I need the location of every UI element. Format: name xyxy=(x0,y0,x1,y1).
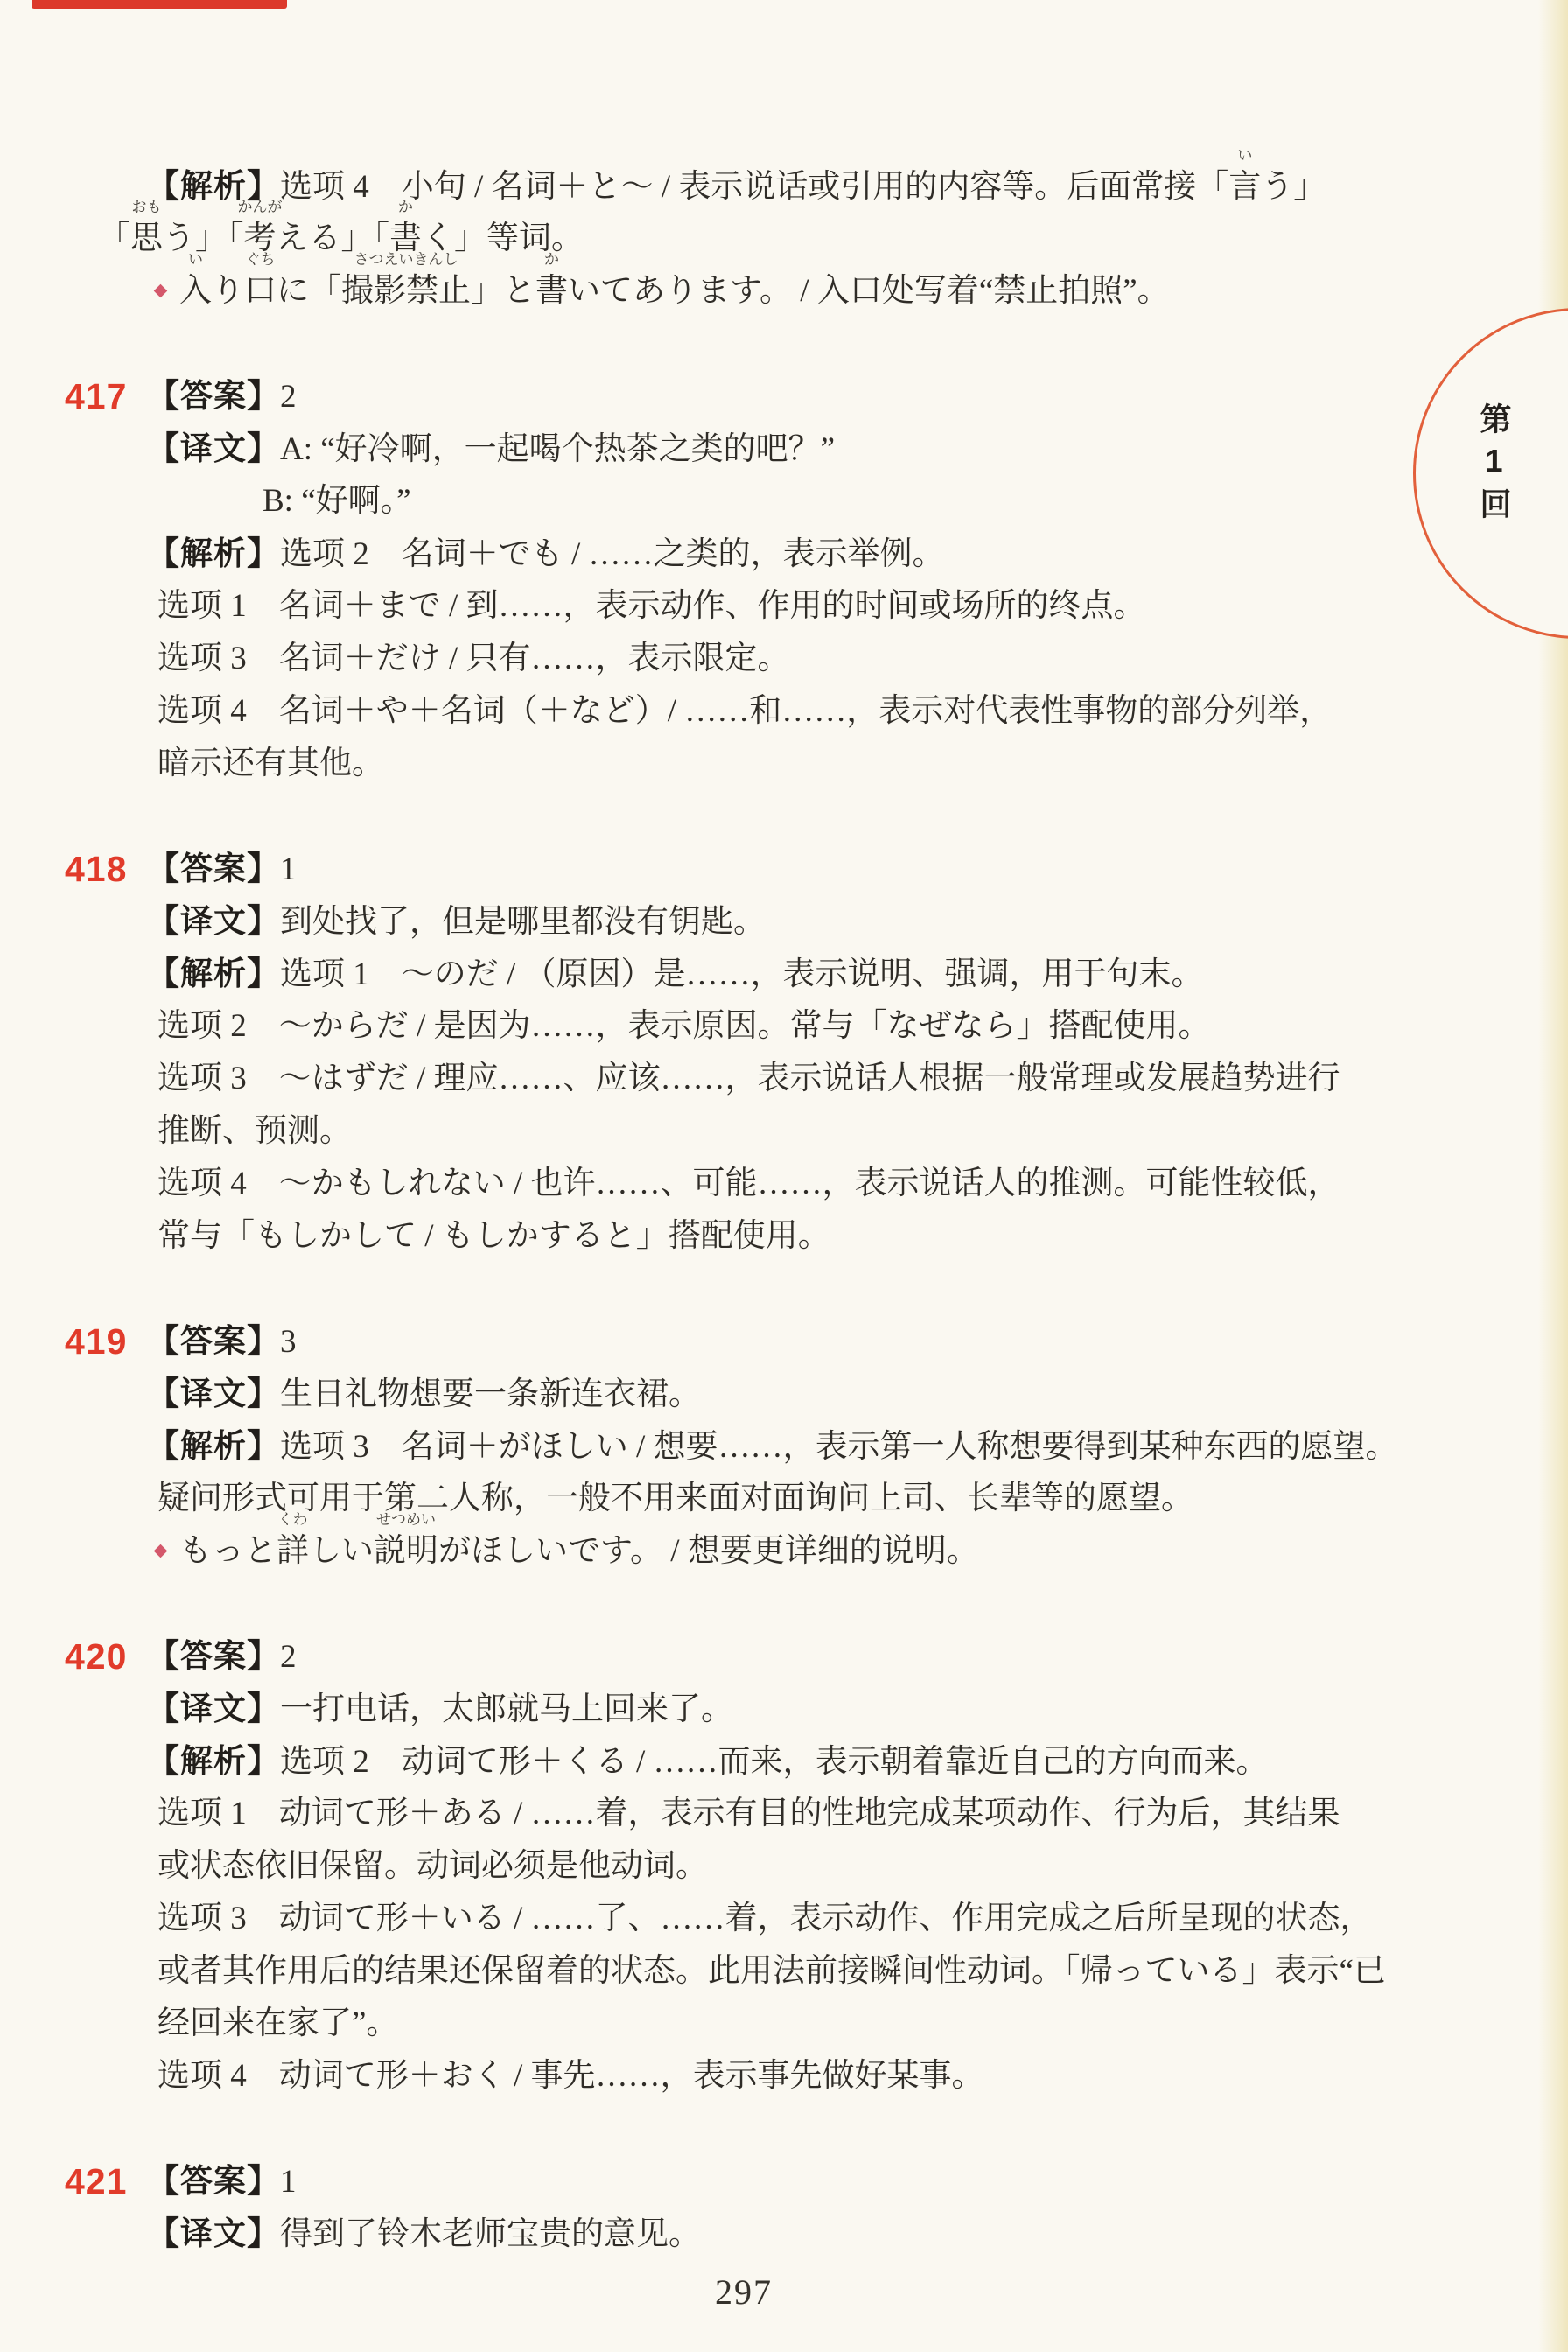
text-segment: B: “好啊。” xyxy=(262,483,411,519)
text-segment: もっと xyxy=(179,1533,276,1569)
answer-block-419: 419【答案】3【译文】生日礼物想要一条新连衣裙。【解析】选项 3 名词＋がほし… xyxy=(0,1315,1568,1578)
text-line: 选项 4 ～かもしれない / 也许……、可能……，表示说话人的推测。可能性较低， xyxy=(157,1158,1568,1210)
furigana-base: 詳くわ xyxy=(276,1525,309,1578)
text-line: 【答案】3 xyxy=(147,1315,1568,1368)
text-line: 选项 1 动词て形＋ある / ……着，表示有目的性地完成某项动作、行为后，其结果 xyxy=(157,1788,1568,1840)
text-segment: 选项 1 动词て形＋ある / ……着，表示有目的性地完成某项动作、行为后，其结果 xyxy=(157,1795,1340,1831)
text-line: 【解析】选项 2 名词＋でも / ……之类的，表示举例。 xyxy=(147,528,1568,580)
text-segment: に「 xyxy=(276,273,341,309)
text-line: 选项 1 名词＋まで / 到……，表示动作、作用的时间或场所的终点。 xyxy=(157,580,1568,633)
furigana-base: 言い xyxy=(1228,161,1261,213)
text-segment: 或状态依旧保留。动词必须是他动词。 xyxy=(157,1848,708,1884)
furigana-base: 書か xyxy=(535,265,568,318)
text-line: もっと詳くわしい説明せつめいがほしいです。 / 想要更详细的说明。 xyxy=(154,1525,1568,1578)
bullet-diamond-icon xyxy=(154,284,168,298)
text-segment: 选项 3 ～はずだ / 理应……、应该……，表示说话人根据一般常理或发展趋势进行 xyxy=(157,1060,1340,1096)
text-line: 【答案】1 xyxy=(147,843,1568,895)
answer-key-content: 【解析】选项 4 小句 / 名词＋と～ / 表示说话或引用的内容等。后面常接「言… xyxy=(0,0,1568,2313)
answer-block-417: 417【答案】2【译文】A: “好冷啊，一起喝个热茶之类的吧？”B: “好啊。”… xyxy=(0,370,1568,790)
text-segment: 选项 4 动词て形＋おく / 事先……，表示事先做好某事。 xyxy=(157,2058,984,2094)
text-line: 【解析】选项 4 小句 / 名词＋と～ / 表示说话或引用的内容等。后面常接「言… xyxy=(147,160,1568,213)
bracket-label: 【解析】 xyxy=(147,535,280,571)
furigana-ruby: か xyxy=(544,252,559,267)
text-line: 或者其作用后的结果还保留着的状态。此用法前接瞬间性动词。「帰っている」表示“已 xyxy=(157,1945,1568,1998)
furigana-ruby: か xyxy=(398,199,413,214)
text-segment: う」 xyxy=(1261,169,1326,205)
text-line: 选项 3 ～はずだ / 理应……、应该……，表示说话人根据一般常理或发展趋势进行 xyxy=(157,1053,1568,1105)
text-segment: 选项 3 名词＋だけ / 只有……，表示限定。 xyxy=(157,640,790,676)
text-line: 或状态依旧保留。动词必须是他动词。 xyxy=(157,1840,1568,1893)
text-line: 【译文】A: “好冷啊，一起喝个热茶之类的吧？” xyxy=(147,423,1568,475)
text-line: 【译文】到处找了，但是哪里都没有钥匙。 xyxy=(147,895,1568,948)
bracket-label: 【译文】 xyxy=(147,430,280,466)
furigana-base: 入い xyxy=(179,265,212,318)
bracket-label: 【译文】 xyxy=(147,1690,280,1726)
text-line: 疑问形式可用于第二人称，一般不用来面对面询问上司、长辈等的愿望。 xyxy=(157,1473,1568,1525)
text-segment: 常与「もしかして / もしかすると」搭配使用。 xyxy=(157,1218,830,1254)
bracket-label: 【答案】 xyxy=(147,378,280,414)
bracket-label: 【答案】 xyxy=(147,850,280,886)
text-segment: 2 xyxy=(280,1639,297,1675)
question-number: 420 xyxy=(65,1630,127,1683)
text-segment: 选项 2 ～からだ / 是因为……，表示原因。常与「なぜなら」搭配使用。 xyxy=(157,1008,1211,1044)
bracket-label: 【答案】 xyxy=(147,2163,280,2199)
question-number: 421 xyxy=(65,2155,127,2208)
text-segment: 疑问形式可用于第二人称，一般不用来面对面询问上司、长辈等的愿望。 xyxy=(157,1480,1193,1516)
furigana-ruby: い xyxy=(188,252,203,267)
bracket-label: 【答案】 xyxy=(147,1323,280,1359)
text-segment: いてあります。 / 入口处写着“禁止拍照”。 xyxy=(568,273,1170,309)
text-segment: しい xyxy=(309,1533,374,1569)
furigana-ruby: せつめい xyxy=(376,1512,436,1527)
answer-block-420: 420【答案】2【译文】一打电话，太郎就马上回来了。【解析】选项 2 动词て形＋… xyxy=(0,1630,1568,2103)
text-segment: 生日礼物想要一条新连衣裙。 xyxy=(280,1376,701,1412)
text-segment: 暗示还有其他。 xyxy=(157,745,384,781)
text-segment: 选项 2 名词＋でも / ……之类的，表示举例。 xyxy=(280,536,945,572)
text-segment: 推断、预测。 xyxy=(157,1113,352,1149)
page-number: 297 xyxy=(691,2271,796,2313)
answer-block-418: 418【答案】1【译文】到处找了，但是哪里都没有钥匙。【解析】选项 1 ～のだ … xyxy=(0,843,1568,1263)
text-line: 选项 2 ～からだ / 是因为……，表示原因。常与「なぜなら」搭配使用。 xyxy=(157,1000,1568,1053)
bracket-label: 【译文】 xyxy=(147,1375,280,1411)
text-segment: 2 xyxy=(280,379,297,415)
furigana-base: 説明せつめい xyxy=(374,1525,438,1578)
furigana-ruby: ぐち xyxy=(246,252,276,267)
bracket-label: 【解析】 xyxy=(147,1428,280,1464)
text-segment: 到处找了，但是哪里都没有钥匙。 xyxy=(280,904,766,940)
text-line: 【答案】2 xyxy=(147,1630,1568,1683)
text-line: 推断、预测。 xyxy=(157,1105,1568,1158)
bracket-label: 【译文】 xyxy=(147,903,280,939)
text-line: 常与「もしかして / もしかすると」搭配使用。 xyxy=(157,1210,1568,1263)
text-line: 暗示还有其他。 xyxy=(157,738,1568,790)
text-segment: 选项 3 动词て形＋いる / ……了、……着，表示动作、作用完成之后所呈现的状态… xyxy=(157,1900,1373,1936)
text-segment: 选项 1 名词＋まで / 到……，表示动作、作用的时间或场所的终点。 xyxy=(157,588,1146,624)
text-segment: 1 xyxy=(280,2164,297,2200)
book-page: 第1回 【解析】选项 4 小句 / 名词＋と～ / 表示说话或引用的内容等。后面… xyxy=(0,0,1568,2352)
question-number: 418 xyxy=(65,843,127,895)
text-segment: 3 xyxy=(280,1324,297,1360)
text-line: 选项 3 动词て形＋いる / ……了、……着，表示动作、作用完成之后所呈现的状态… xyxy=(157,1893,1568,1945)
text-line: 入いり口ぐちに「撮影禁止さつえいきんし」と書かいてあります。 / 入口处写着“禁… xyxy=(154,265,1568,318)
text-line: 【译文】得到了铃木老师宝贵的意见。 xyxy=(147,2208,1568,2260)
furigana-base: 撮影禁止さつえいきんし xyxy=(341,265,471,318)
text-line: 选项 4 名词＋や＋名词（＋など）/ ……和……，表示对代表性事物的部分列举， xyxy=(157,685,1568,738)
bracket-label: 【译文】 xyxy=(147,2215,280,2251)
text-segment: 选项 4 小句 / 名词＋と～ / 表示说话或引用的内容等。后面常接「 xyxy=(280,169,1228,205)
text-line: 【解析】选项 3 名词＋がほしい / 想要……，表示第一人称想要得到某种东西的愿… xyxy=(147,1420,1568,1473)
text-line: 【解析】选项 2 动词て形＋くる / ……而来，表示朝着靠近自己的方向而来。 xyxy=(147,1735,1568,1788)
text-line: 【答案】2 xyxy=(147,370,1568,423)
furigana-ruby: さつえいきんし xyxy=(354,252,458,267)
text-line: 【解析】选项 1 ～のだ / （原因）是……，表示说明、强调，用于句末。 xyxy=(147,948,1568,1000)
furigana-ruby: くわ xyxy=(278,1512,308,1527)
text-line: 「思おもう」「考かんがえる」「書かく」等词。 xyxy=(98,213,1568,265)
text-segment: 1 xyxy=(280,851,297,887)
answer-block-421: 421【答案】1【译文】得到了铃木老师宝贵的意见。 xyxy=(0,2155,1568,2260)
text-segment: 选项 1 ～のだ / （原因）是……，表示说明、强调，用于句末。 xyxy=(280,956,1204,992)
text-segment: り xyxy=(212,273,244,309)
text-line: B: “好啊。” xyxy=(262,475,1568,528)
text-segment: 一打电话，太郎就马上回来了。 xyxy=(280,1691,733,1727)
answer-block-continued: 【解析】选项 4 小句 / 名词＋と～ / 表示说话或引用的内容等。后面常接「言… xyxy=(0,160,1568,318)
text-segment: A: “好冷啊，一起喝个热茶之类的吧？” xyxy=(280,431,835,467)
furigana-base: 思おも xyxy=(130,213,163,265)
text-segment: 选项 2 动词て形＋くる / ……而来，表示朝着靠近自己的方向而来。 xyxy=(280,1744,1269,1780)
furigana-ruby: おも xyxy=(132,199,162,214)
bracket-label: 【答案】 xyxy=(147,1638,280,1674)
bullet-diamond-icon xyxy=(154,1544,168,1558)
text-line: 【译文】生日礼物想要一条新连衣裙。 xyxy=(147,1368,1568,1420)
text-line: 【答案】1 xyxy=(147,2155,1568,2208)
question-number: 417 xyxy=(65,370,127,423)
bracket-label: 【解析】 xyxy=(147,1743,280,1779)
text-segment: 选项 3 名词＋がほしい / 想要……，表示第一人称想要得到某种东西的愿望。 xyxy=(280,1429,1398,1465)
text-segment: 」と xyxy=(471,273,535,309)
text-segment: 选项 4 名词＋や＋名词（＋など）/ ……和……，表示对代表性事物的部分列举， xyxy=(157,693,1332,729)
bracket-label: 【解析】 xyxy=(147,955,280,991)
furigana-base: 口ぐち xyxy=(244,265,276,318)
text-segment: がほしいです。 / 想要更详细的说明。 xyxy=(438,1533,979,1569)
furigana-ruby: い xyxy=(1237,148,1252,163)
furigana-ruby: かんが xyxy=(238,199,283,214)
question-number: 419 xyxy=(65,1315,127,1368)
text-line: 选项 3 名词＋だけ / 只有……，表示限定。 xyxy=(157,633,1568,685)
text-line: 选项 4 动词て形＋おく / 事先……，表示事先做好某事。 xyxy=(157,2050,1568,2103)
text-line: 经回来在家了”。 xyxy=(157,1998,1568,2050)
text-segment: 经回来在家了”。 xyxy=(157,2005,398,2041)
text-segment: 得到了铃木老师宝贵的意见。 xyxy=(280,2216,701,2252)
text-segment: 或者其作用后的结果还保留着的状态。此用法前接瞬间性动词。「帰っている」表示“已 xyxy=(157,1953,1386,1989)
text-segment: 选项 4 ～かもしれない / 也许……、可能……，表示说话人的推测。可能性较低， xyxy=(157,1165,1340,1201)
text-line: 【译文】一打电话，太郎就马上回来了。 xyxy=(147,1683,1568,1735)
text-segment: う」「 xyxy=(163,220,244,256)
text-segment: 「 xyxy=(98,220,130,256)
